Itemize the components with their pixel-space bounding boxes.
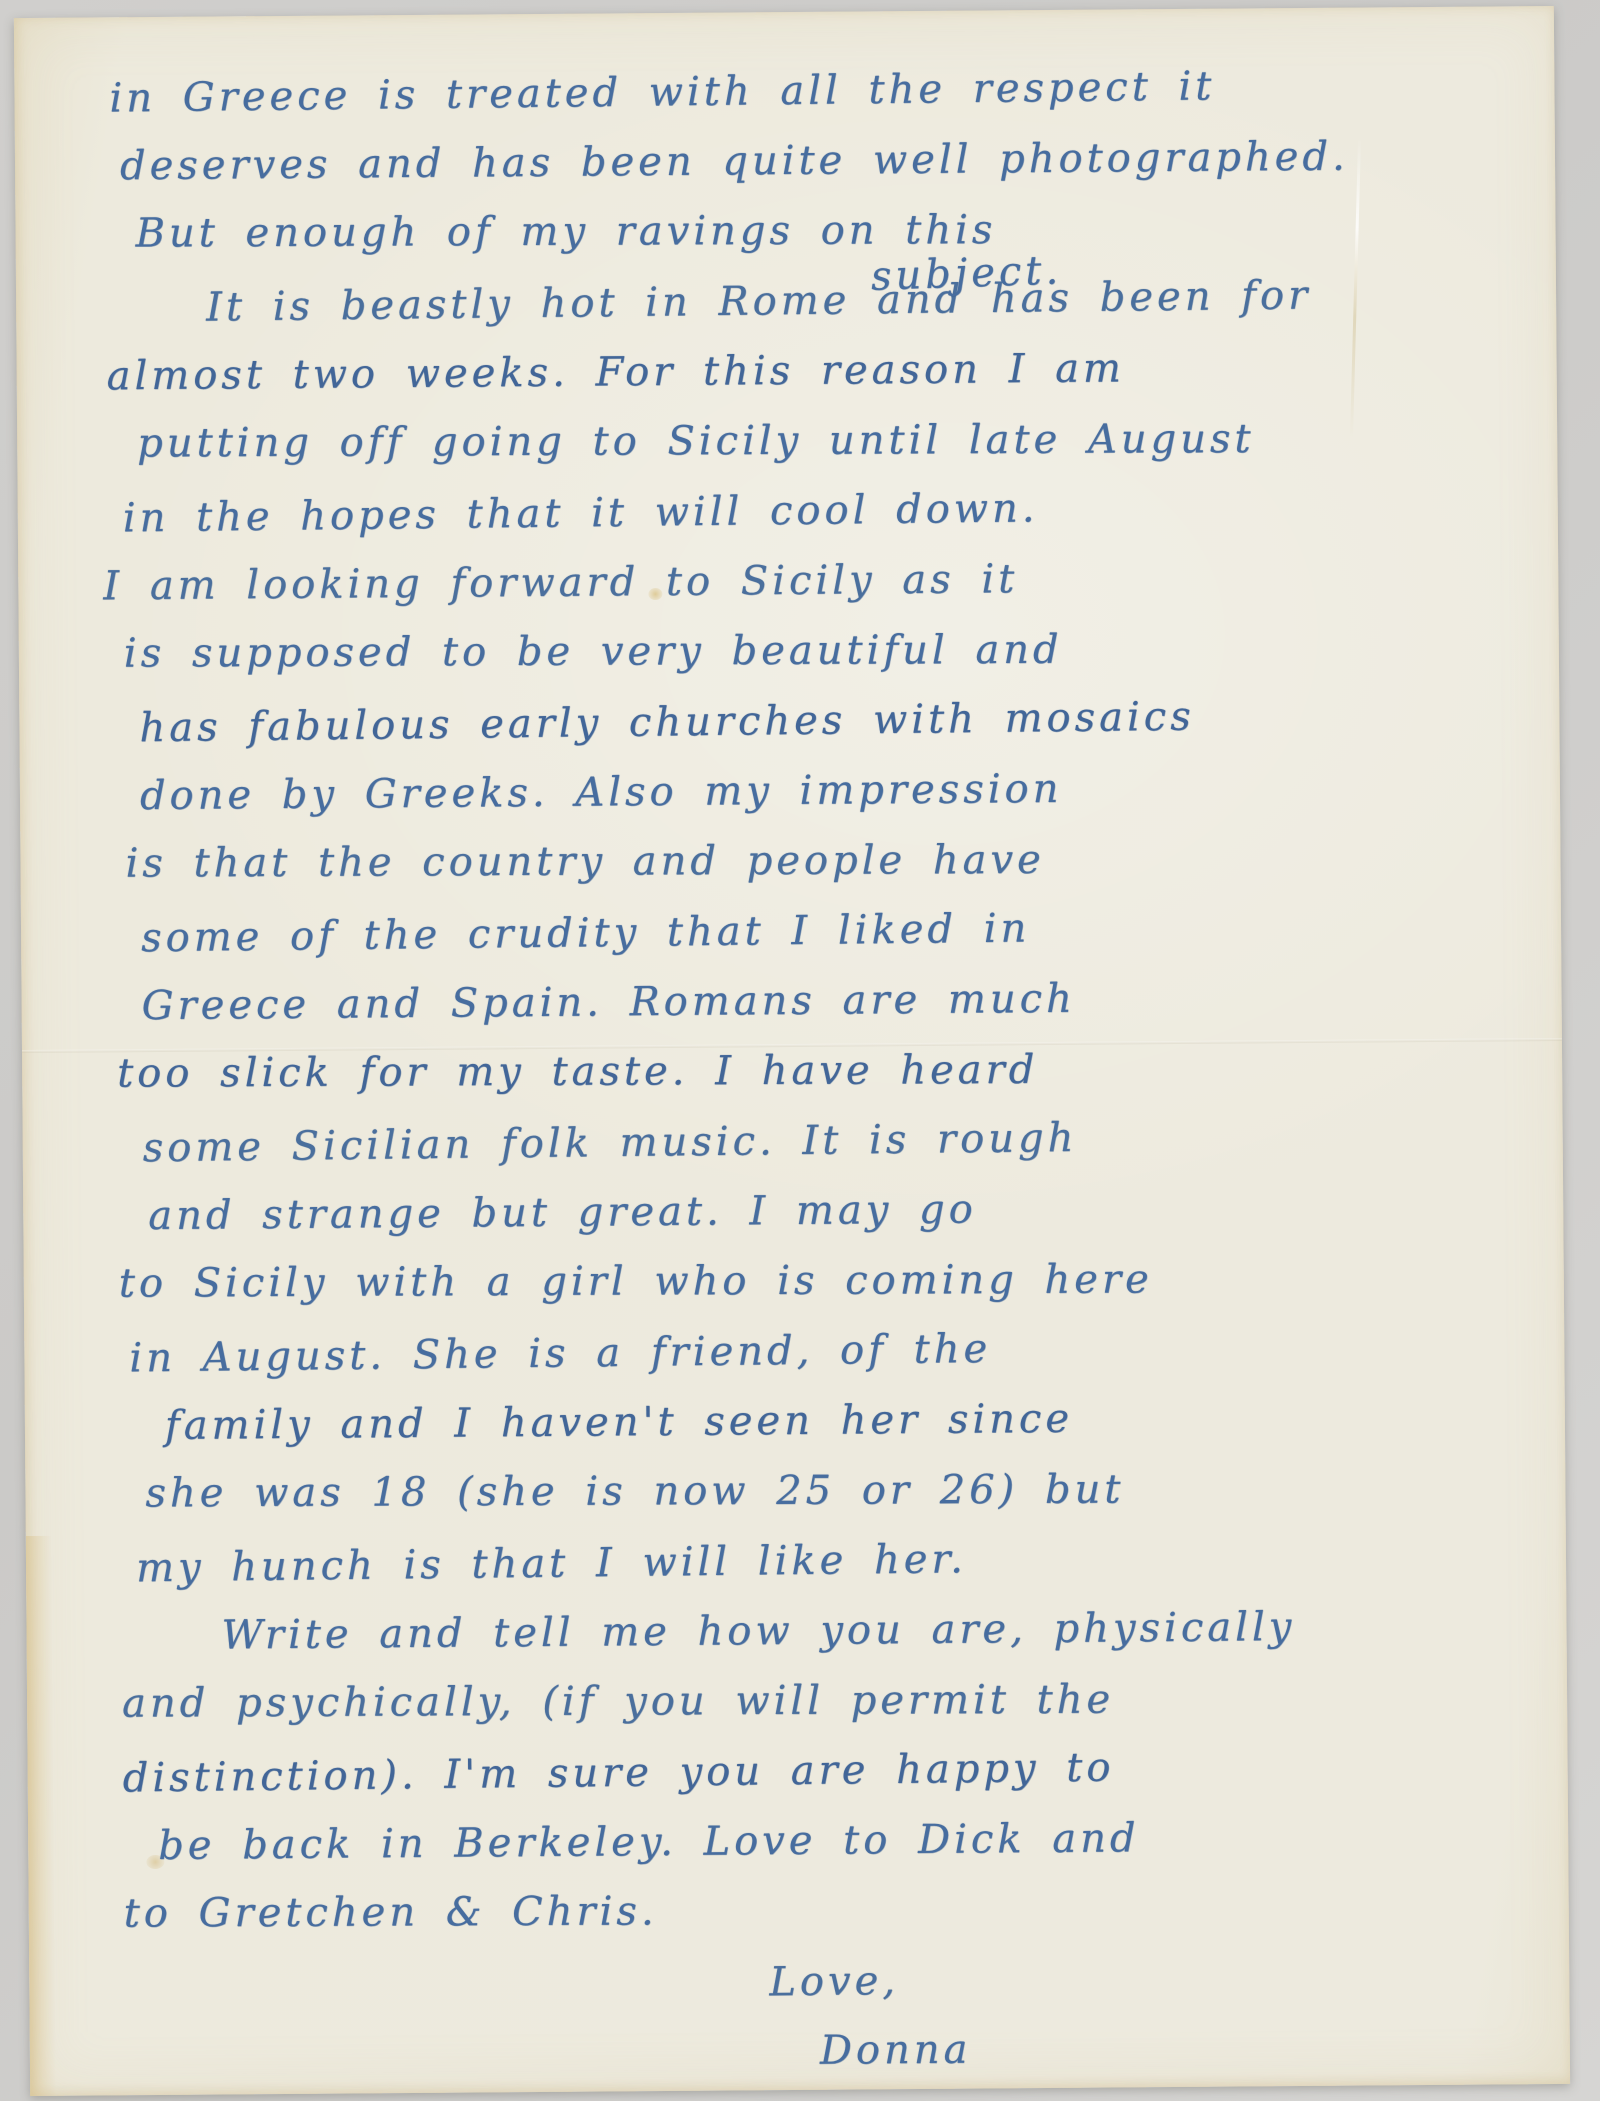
letter-line: and psychically, (if you will permit the xyxy=(122,1663,1512,1739)
letter-line: is supposed to be very beautiful and xyxy=(124,613,1504,689)
letter-line: distinction). I'm sure you are happy to xyxy=(122,1728,1513,1813)
letter-line: But enough of my ravings on this xyxy=(135,193,1500,268)
letter-line: It is beastly hot in Rome and has been f… xyxy=(206,258,1502,342)
letter-line: in Greece is treated with all the respec… xyxy=(109,48,1500,133)
letter-line: putting off going to Sicily until late A… xyxy=(137,403,1502,478)
letter-line: almost two weeks. For this reason I am xyxy=(106,330,1502,411)
signature-closing: Love, xyxy=(769,1939,1515,2017)
letter-line: is that the country and people have xyxy=(125,823,1505,899)
letter-line: deserves and has been quite well photogr… xyxy=(120,120,1501,201)
letter-line: I am looking forward to Sicily as it xyxy=(103,540,1504,621)
letter-page: in Greece is treated with all the respec… xyxy=(14,6,1570,2096)
letter-line: Greece and Spain. Romans are much xyxy=(141,960,1507,1041)
letter-line-subject-offset: subject. xyxy=(870,235,1063,311)
letter-line: to Sicily with a girl who is coming here xyxy=(119,1243,1509,1319)
letter-line: my hunch is that I will like her. xyxy=(136,1518,1512,1603)
letter-line: in August. She is a friend, of the xyxy=(129,1308,1510,1393)
photo-background: in Greece is treated with all the respec… xyxy=(0,0,1600,2101)
letter-line: Write and tell me how you are, physicall… xyxy=(221,1590,1512,1670)
letter-line: too slick for my taste. I have heard xyxy=(117,1033,1507,1109)
letter-line: has fabulous early churches with mosaics xyxy=(139,678,1505,763)
letter-line: to Gretchen & Chris. xyxy=(124,1873,1514,1949)
letter-line: and strange but great. I may go xyxy=(148,1170,1509,1251)
letter-line: some of the crudity that I liked in xyxy=(141,888,1507,973)
letter-line: done by Greeks. Also my impression xyxy=(140,750,1506,831)
letter-line: some Sicilian folk music. It is rough xyxy=(142,1098,1508,1183)
letter-body: in Greece is treated with all the respec… xyxy=(14,6,1570,2096)
signature-name: Donna xyxy=(820,2010,1516,2085)
letter-line: be back in Berkeley. Love to Dick and xyxy=(158,1800,1514,1881)
letter-line: family and I haven't seen her since xyxy=(165,1380,1511,1461)
letter-line: she was 18 (she is now 25 or 26) but xyxy=(145,1453,1510,1528)
letter-line: in the hopes that it will cool down. xyxy=(122,468,1503,553)
